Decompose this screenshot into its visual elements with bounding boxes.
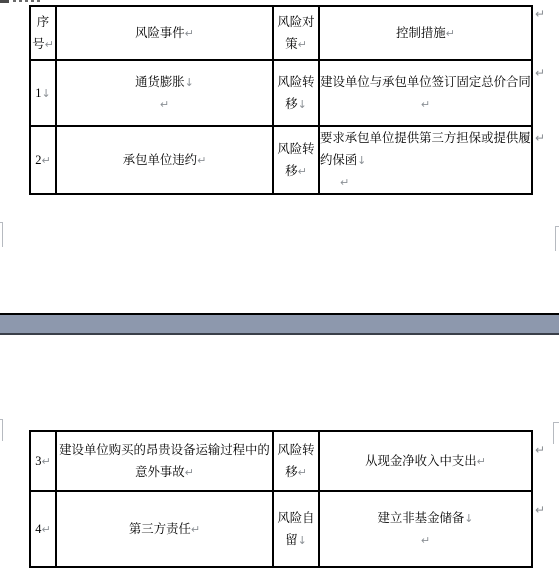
- cell-text: 风险自: [277, 511, 314, 525]
- header-cell-risk-response[interactable]: 风险对 策↵: [273, 6, 319, 60]
- cell-line: 风险自: [274, 507, 318, 529]
- cell-end-mark: ↵: [298, 165, 307, 178]
- page-break-band: [0, 313, 559, 335]
- cell-text: 控制措施: [396, 26, 446, 40]
- cell-text: 留: [285, 533, 297, 547]
- cell-text: 第三方责任: [129, 522, 191, 536]
- cell-text: 承包单位违约: [123, 153, 197, 167]
- cell-text: 建立非基金储备: [378, 511, 465, 525]
- margin-corner-mark: [0, 419, 3, 441]
- cell-end-mark: ↵: [340, 176, 349, 189]
- cell-line: 建立非基金储备↓: [320, 507, 531, 529]
- cell-text: 风险事件: [135, 26, 185, 40]
- cell-text: 从现金净收入中支出: [365, 454, 477, 468]
- cell-text: 风险转: [277, 443, 314, 457]
- cell-text: 意外事故: [135, 465, 185, 479]
- cell-risk-event-4[interactable]: 第三方责任↵: [56, 491, 273, 567]
- cell-end-mark: ↵: [421, 98, 430, 111]
- cell-text: 移: [285, 164, 297, 178]
- header-cell-serial[interactable]: 序 号↵: [30, 6, 56, 60]
- cell-end-mark: ↵: [446, 27, 455, 40]
- cell-line: 约保函↓: [320, 149, 531, 171]
- cell-text: 约保函: [320, 153, 357, 167]
- row-end-mark: ↵: [535, 7, 555, 21]
- cell-text: 策: [285, 37, 297, 51]
- cell-serial-1[interactable]: 1↓: [30, 60, 56, 126]
- cell-text: 移: [285, 97, 297, 111]
- cell-risk-response-1[interactable]: 风险转 移↓: [273, 60, 319, 126]
- cell-line: 通货膨胀↓: [57, 71, 272, 93]
- cell-line: 1↓: [31, 82, 55, 104]
- risk-table-page1: 序 号↵ 风险事件↵ 风险对 策↵ 控制措施↵ 1↓: [29, 5, 533, 195]
- cell-line: 风险转: [274, 71, 318, 93]
- cell-risk-event-2[interactable]: 承包单位违约↵: [56, 126, 273, 194]
- cell-line: 风险对: [274, 11, 318, 33]
- cell-line: 要求承包单位提供第三方担保或提供履: [320, 127, 531, 149]
- line-break-mark: ↓: [298, 534, 307, 547]
- cell-line: 移↵: [274, 160, 318, 182]
- cell-line: 建设单位与承包单位签订固定总价合同: [320, 71, 531, 93]
- clipped-dashed-mark: [13, 0, 41, 2]
- cell-risk-response-4[interactable]: 风险自 留↓: [273, 491, 319, 567]
- cell-end-mark: ↵: [41, 523, 50, 536]
- cell-line: 序: [31, 11, 55, 33]
- cell-text: 建设单位与承包单位签订固定总价合同: [320, 75, 531, 89]
- cell-end-mark: ↵: [160, 98, 169, 111]
- table-row-2: 2↵ 承包单位违约↵ 风险转 移↵ 要求承包单位提供第三方担保或提供履 约保函↓…: [30, 126, 532, 194]
- cell-end-mark: ↵: [41, 154, 50, 167]
- document-canvas: 序 号↵ 风险事件↵ 风险对 策↵ 控制措施↵ 1↓: [0, 0, 559, 586]
- cell-end-mark: ↵: [477, 455, 486, 468]
- table-header-row: 序 号↵ 风险事件↵ 风险对 策↵ 控制措施↵: [30, 6, 532, 60]
- cell-line: 风险转: [274, 439, 318, 461]
- cell-line: 移↵: [274, 461, 318, 483]
- cell-risk-response-3[interactable]: 风险转 移↵: [273, 431, 319, 491]
- cell-line: 风险事件↵: [57, 22, 272, 44]
- table-row-3: 3↵ 建设单位购买的昂贵设备运输过程中的 意外事故↵ 风险转 移↵ 从现金净收入…: [30, 431, 532, 491]
- cell-line: ↵: [320, 529, 531, 551]
- row-end-mark: ↵: [535, 503, 555, 517]
- line-break-mark: ↓: [357, 154, 366, 167]
- table-row-1: 1↓ 通货膨胀↓ ↵ 风险转 移↓ 建设单位与承包单位签订固定总价合同 ↵: [30, 60, 532, 126]
- cell-line: 策↵: [274, 33, 318, 55]
- cell-end-mark: ↵: [185, 466, 194, 479]
- cell-serial-2[interactable]: 2↵: [30, 126, 56, 194]
- cell-text: 移: [285, 465, 297, 479]
- cell-end-mark: ↵: [191, 523, 200, 536]
- cell-line: 风险转: [274, 138, 318, 160]
- cell-text: 风险对: [277, 15, 314, 29]
- cell-end-mark: ↵: [41, 455, 50, 468]
- cell-line: 4↵: [31, 518, 55, 540]
- cell-risk-response-2[interactable]: 风险转 移↵: [273, 126, 319, 194]
- cell-serial-4[interactable]: 4↵: [30, 491, 56, 567]
- cell-line: ↵: [320, 93, 531, 115]
- cell-end-mark: ↵: [421, 534, 430, 547]
- page-2: 3↵ 建设单位购买的昂贵设备运输过程中的 意外事故↵ 风险转 移↵ 从现金净收入…: [0, 335, 559, 586]
- cell-text: 要求承包单位提供第三方担保或提供履: [320, 131, 531, 145]
- cell-line: 承包单位违约↵: [57, 149, 272, 171]
- cell-line: ↵: [320, 171, 531, 193]
- cell-line: 3↵: [31, 450, 55, 472]
- risk-table-page2: 3↵ 建设单位购买的昂贵设备运输过程中的 意外事故↵ 风险转 移↵ 从现金净收入…: [29, 430, 533, 568]
- cell-line: 意外事故↵: [57, 461, 272, 483]
- cell-line: 留↓: [274, 529, 318, 551]
- line-break-mark: ↓: [41, 87, 50, 100]
- cell-line: 建设单位购买的昂贵设备运输过程中的: [57, 439, 272, 461]
- cell-text: 风险转: [277, 142, 314, 156]
- cell-text: 建设单位购买的昂贵设备运输过程中的: [59, 443, 270, 457]
- margin-corner-mark: [0, 222, 3, 247]
- line-break-mark: ↓: [185, 76, 194, 89]
- header-cell-control-measure[interactable]: 控制措施↵: [319, 6, 532, 60]
- cell-end-mark: ↵: [185, 27, 194, 40]
- row-end-mark: ↵: [535, 443, 555, 457]
- cell-line: ↵: [57, 93, 272, 115]
- cell-line: 控制措施↵: [320, 22, 531, 44]
- row-end-mark: ↵: [535, 131, 555, 145]
- cell-control-measure-4[interactable]: 建立非基金储备↓ ↵: [319, 491, 532, 567]
- cell-line: 号↵: [31, 33, 55, 55]
- header-cell-risk-event[interactable]: 风险事件↵: [56, 6, 273, 60]
- row-end-mark: ↵: [535, 66, 555, 80]
- cell-risk-event-3[interactable]: 建设单位购买的昂贵设备运输过程中的 意外事故↵: [56, 431, 273, 491]
- cell-text: 号: [32, 37, 44, 51]
- cell-control-measure-2[interactable]: 要求承包单位提供第三方担保或提供履 约保函↓ ↵: [319, 126, 532, 194]
- line-break-mark: ↓: [464, 512, 473, 525]
- line-break-mark: ↓: [298, 98, 307, 111]
- margin-corner-mark: [553, 422, 559, 444]
- cell-line: 第三方责任↵: [57, 518, 272, 540]
- table-row-4: 4↵ 第三方责任↵ 风险自 留↓ 建立非基金储备↓ ↵: [30, 491, 532, 567]
- cell-line: 移↓: [274, 93, 318, 115]
- cell-control-measure-1[interactable]: 建设单位与承包单位签订固定总价合同 ↵: [319, 60, 532, 126]
- cell-line: 2↵: [31, 149, 55, 171]
- margin-corner-mark: [555, 226, 559, 251]
- cell-end-mark: ↵: [298, 466, 307, 479]
- cell-text: 序: [37, 15, 49, 29]
- cell-end-mark: ↵: [197, 154, 206, 167]
- cell-risk-event-1[interactable]: 通货膨胀↓ ↵: [56, 60, 273, 126]
- clipped-table-handle-icon: [0, 0, 9, 3]
- cell-end-mark: ↵: [298, 38, 307, 51]
- cell-text: 风险转: [277, 75, 314, 89]
- cell-control-measure-3[interactable]: 从现金净收入中支出↵: [319, 431, 532, 491]
- page-1: 序 号↵ 风险事件↵ 风险对 策↵ 控制措施↵ 1↓: [0, 0, 559, 313]
- cell-end-mark: ↵: [45, 38, 54, 51]
- cell-text: 通货膨胀: [135, 75, 185, 89]
- cell-line: 从现金净收入中支出↵: [320, 450, 531, 472]
- cell-serial-3[interactable]: 3↵: [30, 431, 56, 491]
